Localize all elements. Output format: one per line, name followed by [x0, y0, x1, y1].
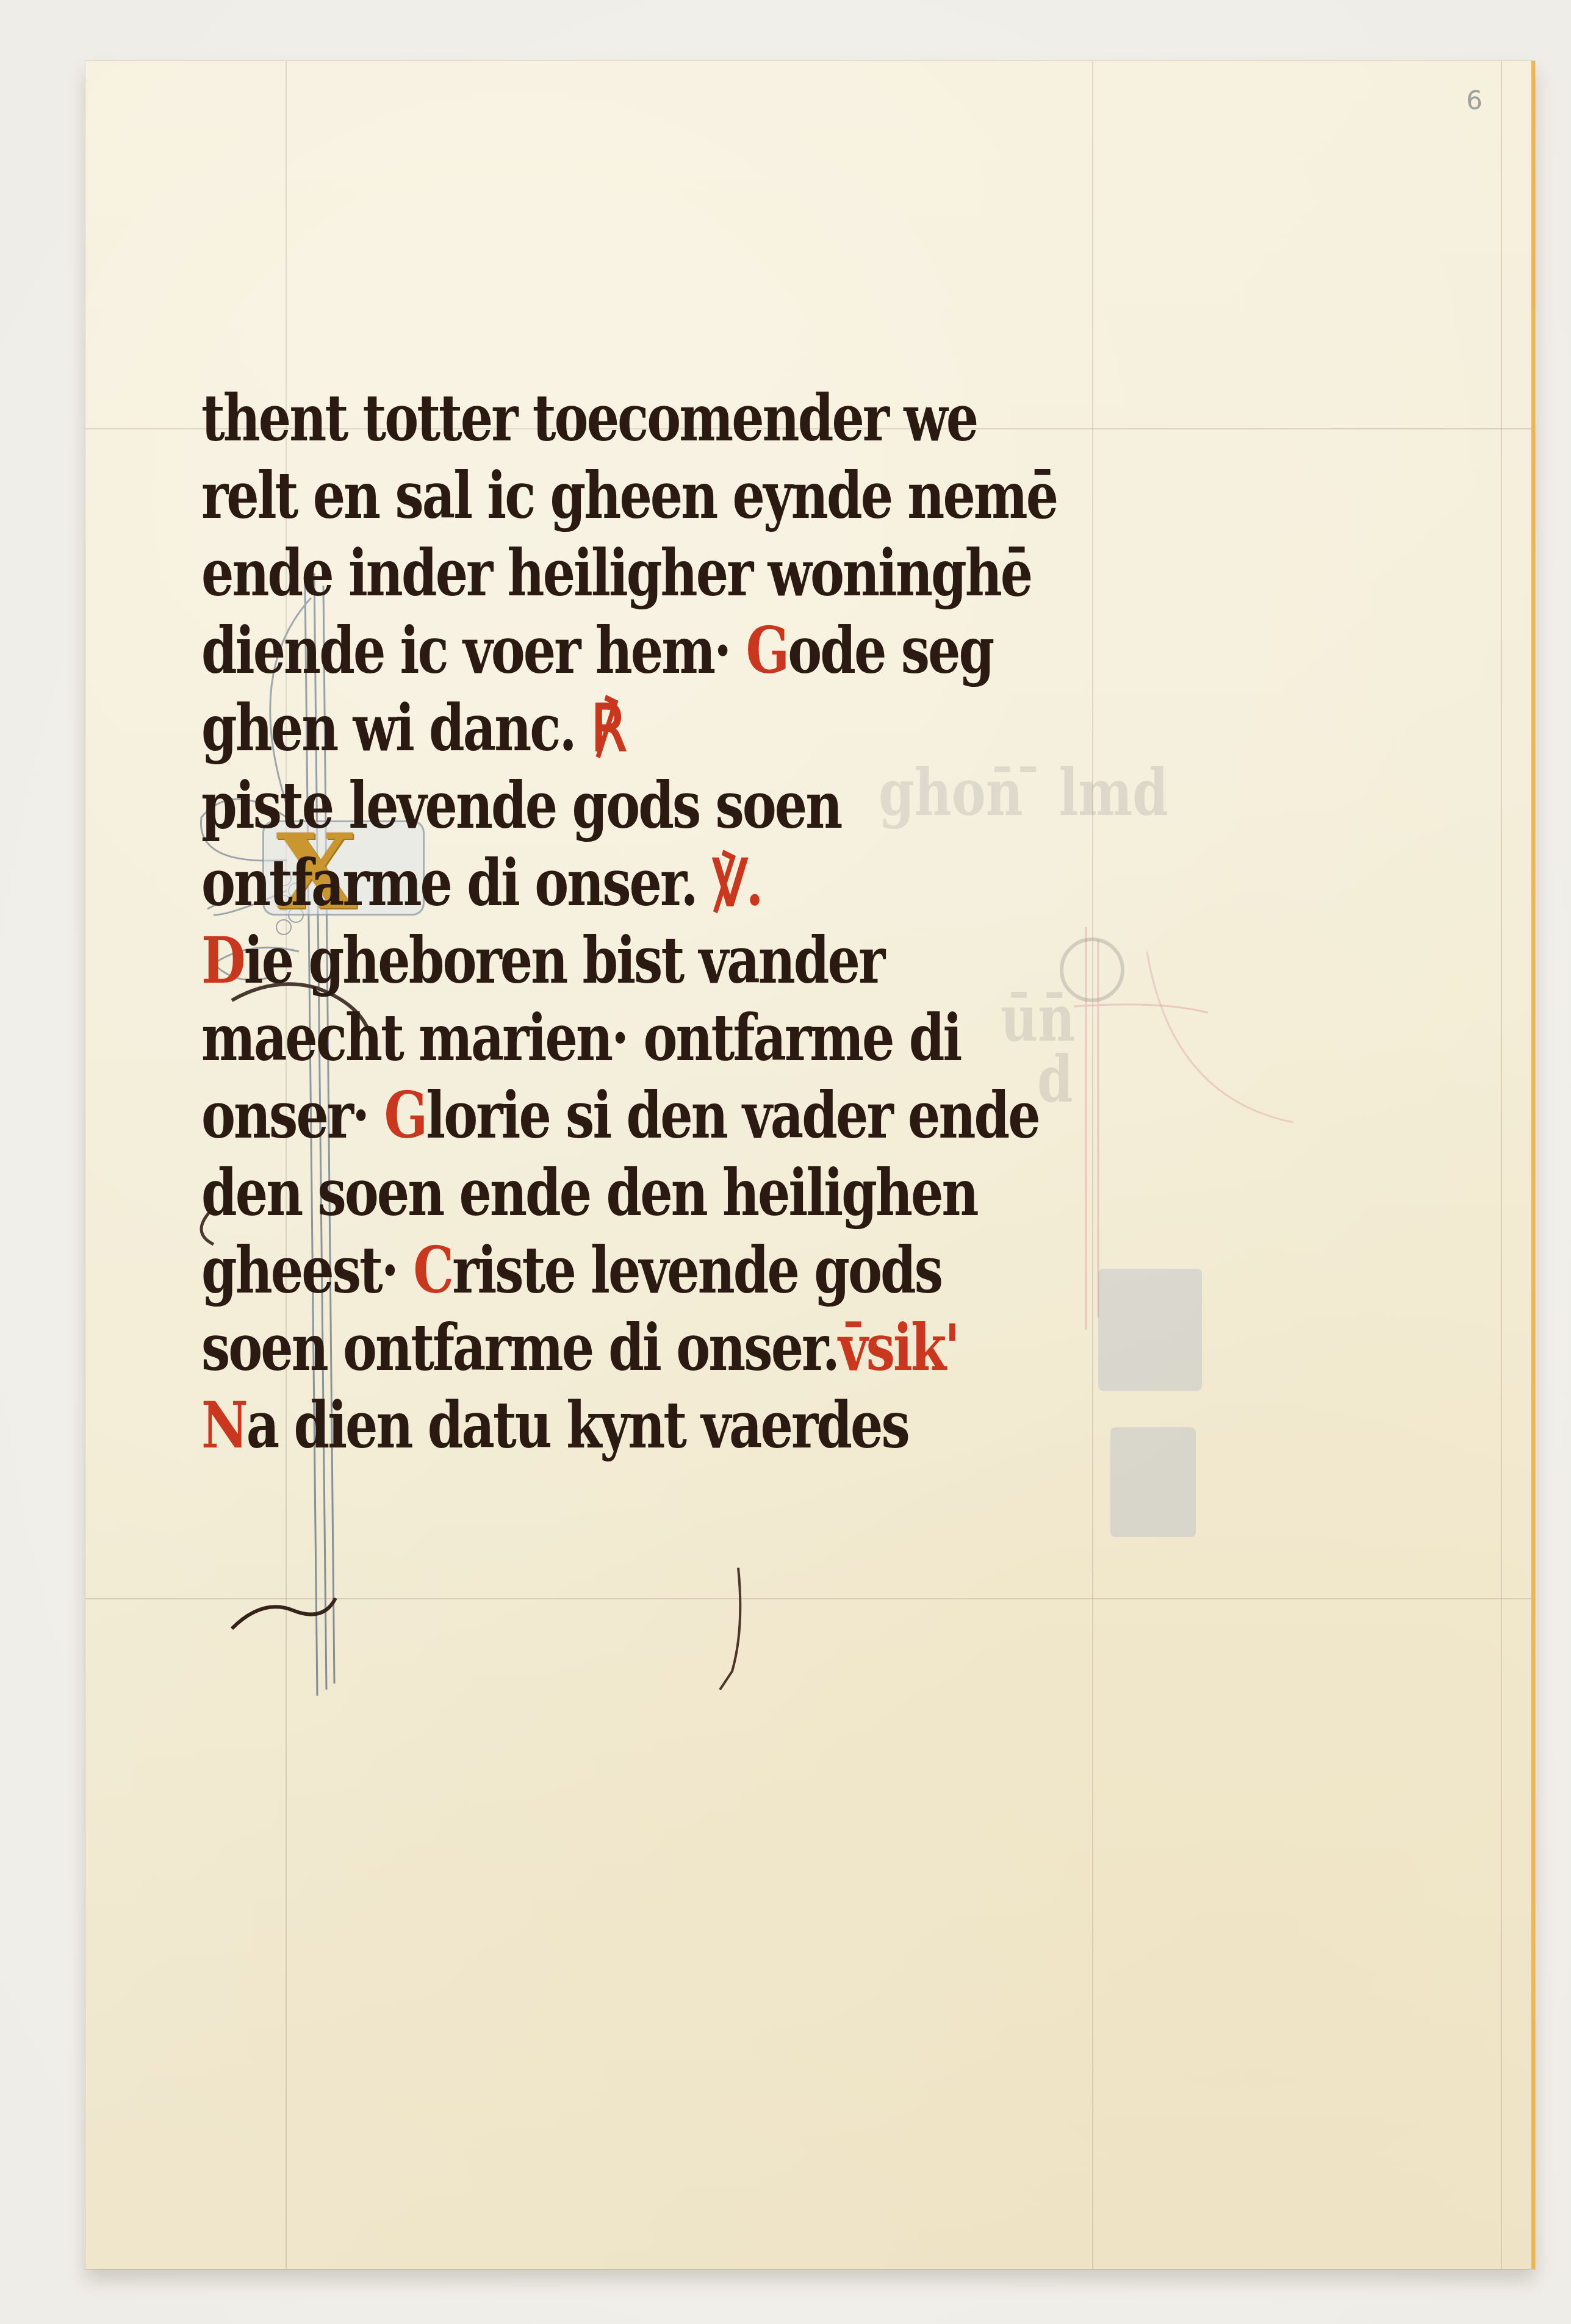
text-segment: den soen ende den heilighen: [201, 1155, 977, 1231]
text-segment: relt en sal ic gheen eynde nemē: [201, 458, 1057, 534]
text-segment: diende ic voer hem·: [201, 613, 746, 689]
rubric-mark: v̄sik': [838, 1310, 958, 1386]
text-segment: lorie si den vader ende: [426, 1078, 1038, 1153]
text-segment: N: [201, 1388, 246, 1463]
text-segment: thent totter toecomender we: [201, 381, 977, 456]
folio-number: 6: [1466, 85, 1483, 115]
text-segment: G: [384, 1078, 426, 1153]
text-segment: soen ontfarme di onser.: [201, 1310, 838, 1386]
rubric-mark: ℟: [575, 690, 625, 766]
text-segment: onser·: [201, 1078, 384, 1153]
rubric-mark: ℣.: [697, 845, 762, 921]
ink-flourish: [226, 1586, 409, 1708]
text-segment: D: [201, 923, 244, 999]
text-segment: gheest·: [201, 1233, 413, 1308]
text-segment: G: [746, 613, 788, 689]
text-segment: riste levende gods: [452, 1233, 941, 1308]
text-block: thent totter toecomender we relt en sal …: [201, 379, 1098, 1464]
text-segment: ode seg: [788, 613, 993, 689]
text-segment: piste levende gods soen: [201, 768, 841, 844]
show-through-blue-wash: [1110, 1427, 1196, 1537]
text-segment: a dien datu kynt vaerdes: [246, 1388, 908, 1463]
ink-flourish: [708, 1568, 769, 1702]
text-segment: ende inder heiligher woninghē: [201, 536, 1031, 611]
text-segment: C: [413, 1233, 452, 1308]
text-segment: ie gheboren bist vander: [244, 923, 883, 999]
text-segment: ghen wi danc.: [201, 690, 575, 766]
ruling-line-outer: [1501, 61, 1502, 2269]
text-segment: ontfarme di onser.: [201, 845, 697, 921]
text-segment: maecht marien· ontfarme di: [201, 1000, 960, 1076]
text-line: Na dien datu kynt vaerdes: [201, 1377, 1098, 1474]
